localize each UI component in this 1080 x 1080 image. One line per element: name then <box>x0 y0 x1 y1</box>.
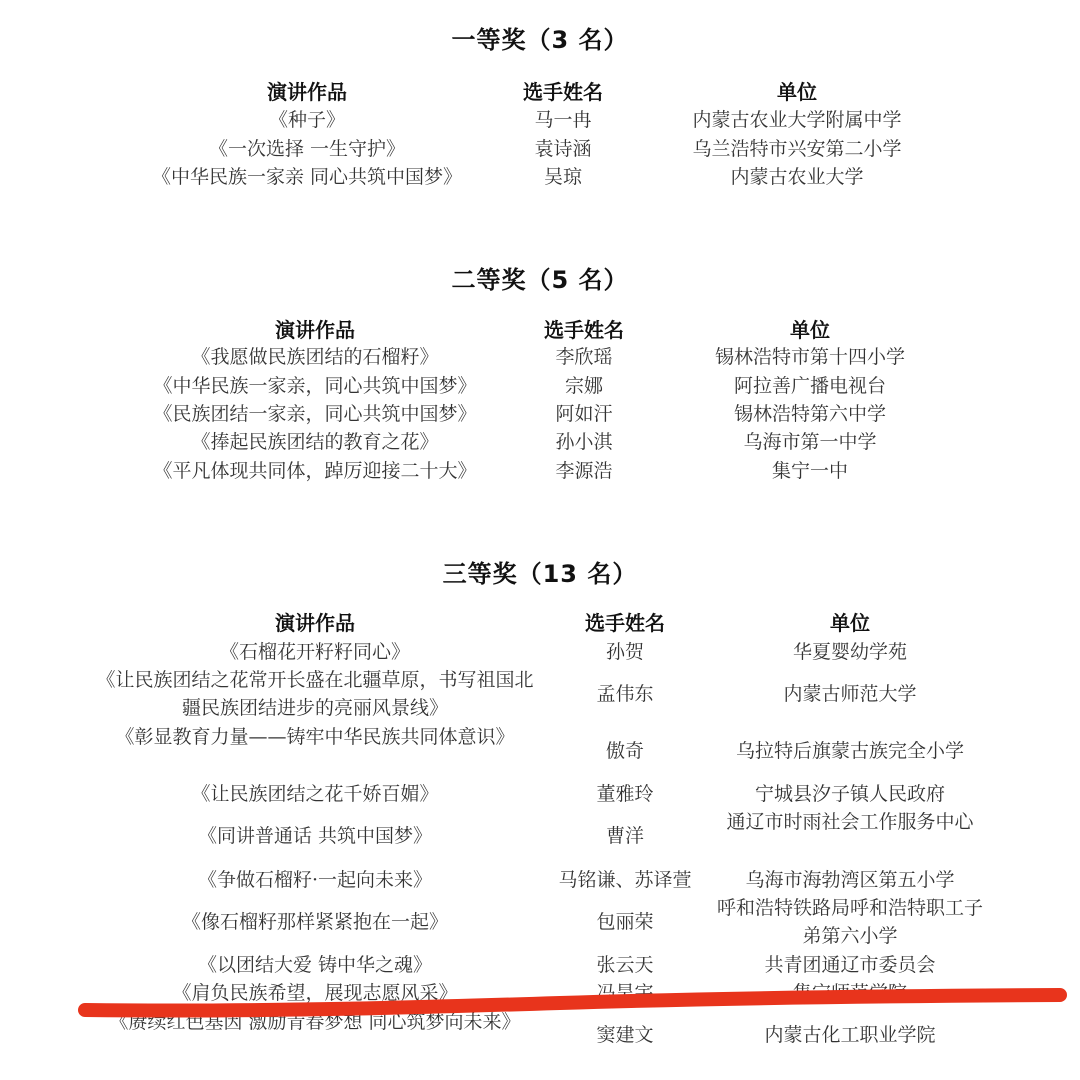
work-cell: 《种子》 <box>107 106 507 134</box>
name-cell: 李欣瑶 <box>484 343 684 371</box>
unit-cell: 共青团通辽市委员会 <box>700 951 1000 979</box>
work-cell: 《中华民族一家亲 同心共筑中国梦》 <box>107 163 507 191</box>
work-cell: 《争做石榴籽·一起向未来》 <box>95 866 535 894</box>
unit-cell: 内蒙古化工职业学院 <box>700 1021 1000 1049</box>
unit-cell: 锡林浩特第六中学 <box>660 400 960 428</box>
name-cell: 马一冉 <box>463 106 663 134</box>
unit-cell: 乌拉特后旗蒙古族完全小学 <box>700 737 1000 765</box>
unit-cell: 乌海市第一中学 <box>660 428 960 456</box>
header-unit: 单位 <box>710 314 910 343</box>
work-cell: 《让民族团结之花千娇百媚》 <box>95 780 535 808</box>
unit-cell: 乌兰浩特市兴安第二小学 <box>647 135 947 163</box>
name-cell: 董雅玲 <box>525 780 725 808</box>
header-name: 选手姓名 <box>525 607 725 636</box>
name-cell: 孙贺 <box>525 638 725 666</box>
unit-cell: 内蒙古农业大学附属中学 <box>647 106 947 134</box>
header-unit: 单位 <box>697 76 897 105</box>
unit-cell: 阿拉善广播电视台 <box>660 372 960 400</box>
work-cell: 《中华民族一家亲，同心共筑中国梦》 <box>115 372 515 400</box>
unit-cell: 乌海市海勃湾区第五小学 <box>700 866 1000 894</box>
header-name: 选手姓名 <box>484 314 684 343</box>
work-cell: 《捧起民族团结的教育之花》 <box>115 428 515 456</box>
header-work: 演讲作品 <box>207 76 407 105</box>
unit-cell: 锡林浩特市第十四小学 <box>660 343 960 371</box>
header-unit: 单位 <box>750 607 950 636</box>
name-cell: 包丽荣 <box>525 908 725 936</box>
work-cell: 《让民族团结之花常开长盛在北疆草原，书写祖国北疆民族团结进步的亮丽风景线》 <box>95 666 535 722</box>
section-title-second-prize: 二等奖（5 名） <box>0 260 1080 295</box>
work-cell: 《肩负民族希望，展现志愿风采》 <box>95 979 535 1007</box>
name-cell: 张云天 <box>525 951 725 979</box>
work-cell: 《像石榴籽那样紧紧抱在一起》 <box>95 908 535 936</box>
name-cell: 李源浩 <box>484 457 684 485</box>
section-title-first-prize: 一等奖（3 名） <box>0 20 1080 55</box>
unit-cell: 宁城县汐子镇人民政府 <box>700 780 1000 808</box>
unit-cell: 内蒙古农业大学 <box>647 163 947 191</box>
unit-cell: 内蒙古师范大学 <box>700 680 1000 708</box>
name-cell: 孙小淇 <box>484 428 684 456</box>
unit-cell: 华夏婴幼学苑 <box>700 638 1000 666</box>
work-cell: 《平凡体现共同体，踔厉迎接二十大》 <box>115 457 515 485</box>
work-cell: 《彰显教育力量——铸牢中华民族共同体意识》 <box>95 723 535 751</box>
work-cell: 《一次选择 一生守护》 <box>107 135 507 163</box>
name-cell: 阿如汗 <box>484 400 684 428</box>
name-cell: 袁诗涵 <box>463 135 663 163</box>
header-work: 演讲作品 <box>215 607 415 636</box>
unit-cell: 集宁师范学院 <box>700 979 1000 1007</box>
name-cell: 吴琼 <box>463 163 663 191</box>
name-cell: 马铭谦、苏译萱 <box>525 866 725 894</box>
work-cell: 《赓续红色基因 激励青春梦想 同心筑梦向未来》 <box>95 1008 535 1036</box>
name-cell: 宗娜 <box>484 372 684 400</box>
section-title-third-prize: 三等奖（13 名） <box>0 554 1080 589</box>
unit-cell: 集宁一中 <box>660 457 960 485</box>
header-work: 演讲作品 <box>215 314 415 343</box>
name-cell: 傲奇 <box>525 737 725 765</box>
work-cell: 《我愿做民族团结的石榴籽》 <box>115 343 515 371</box>
name-cell: 孟伟东 <box>525 680 725 708</box>
work-cell: 《民族团结一家亲，同心共筑中国梦》 <box>115 400 515 428</box>
work-cell: 《以团结大爱 铸中华之魂》 <box>95 951 535 979</box>
header-name: 选手姓名 <box>463 76 663 105</box>
name-cell: 曹洋 <box>525 822 725 850</box>
unit-cell: 呼和浩特铁路局呼和浩特职工子弟第六小学 <box>715 894 985 950</box>
name-cell: 冯昊宇 <box>525 979 725 1007</box>
work-cell: 《石榴花开籽籽同心》 <box>95 638 535 666</box>
unit-cell: 通辽市时雨社会工作服务中心 <box>715 808 985 836</box>
work-cell: 《同讲普通话 共筑中国梦》 <box>95 822 535 850</box>
name-cell: 窦建文 <box>525 1021 725 1049</box>
